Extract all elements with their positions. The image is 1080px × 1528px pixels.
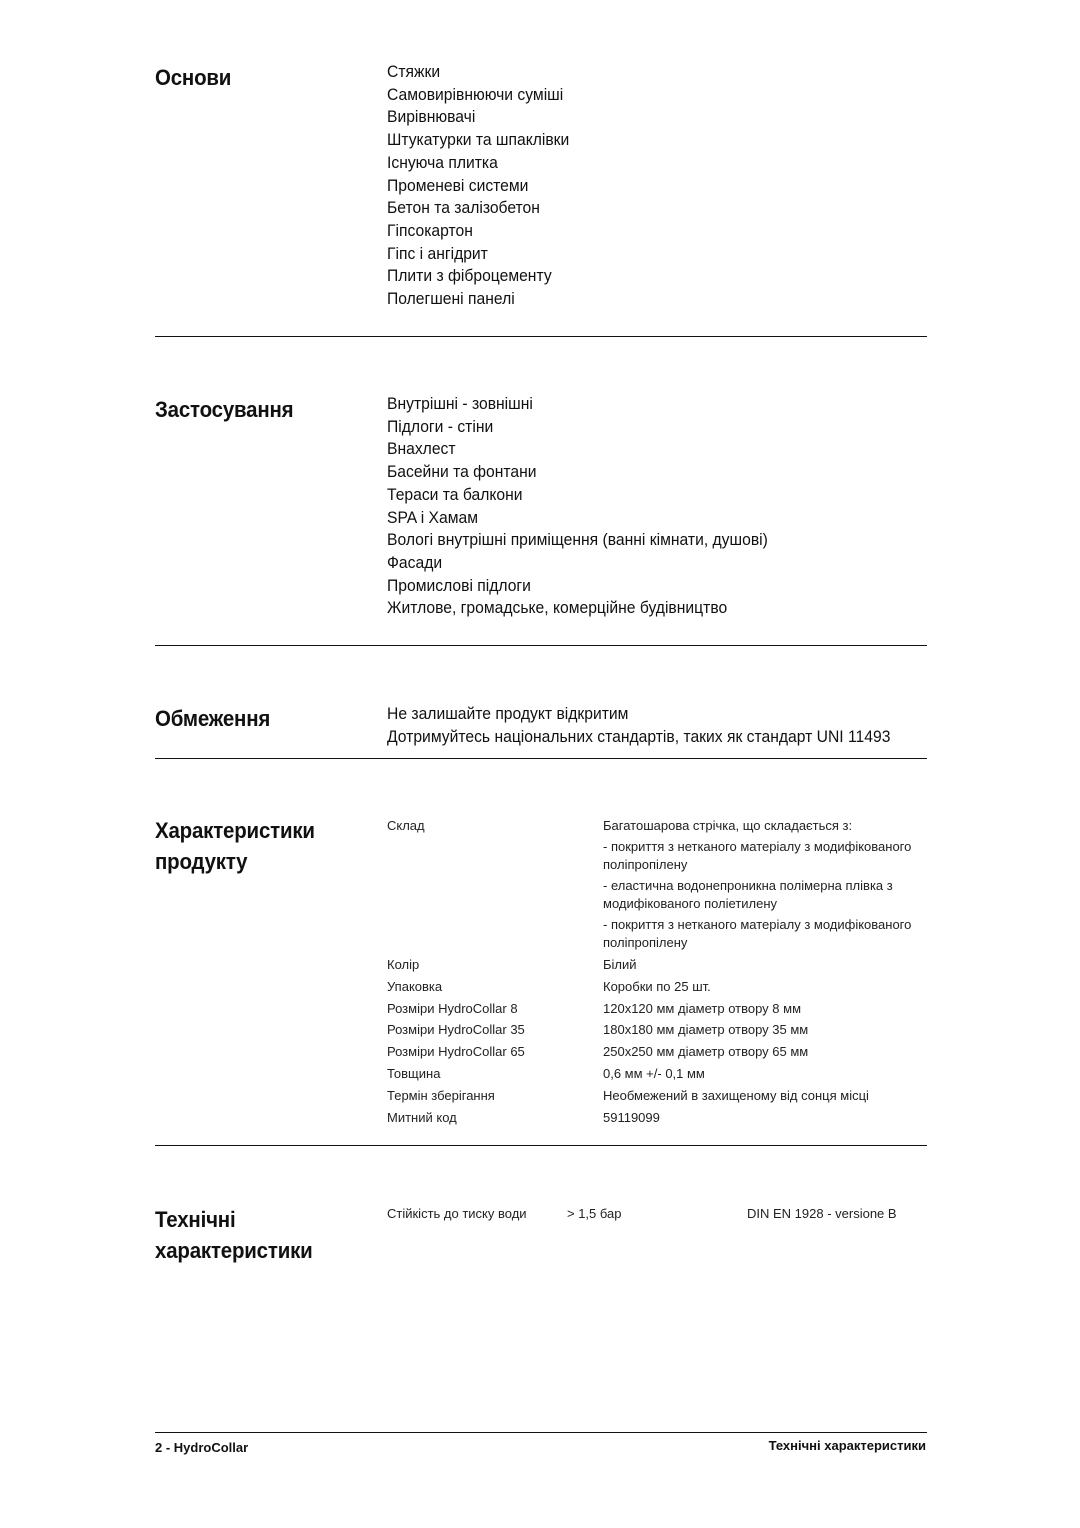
- list-item: Басейни та фонтани: [387, 461, 768, 484]
- limitations-list: Не залишайте продукт відкритим Дотримуйт…: [387, 703, 917, 748]
- section-divider: [155, 336, 927, 337]
- list-item: Гіпсокартон: [387, 220, 569, 243]
- spec-value: 0,6 мм +/- 0,1 мм: [603, 1063, 933, 1085]
- composition-layer: - еластична водонепроникна полімерна плі…: [603, 877, 933, 913]
- spec-value-composition: Багатошарова стрічка, що складається з: …: [603, 815, 933, 952]
- product-spec-table: Склад Багатошарова стрічка, що складаєть…: [387, 815, 933, 1128]
- tech-value: > 1,5 бар: [567, 1206, 622, 1221]
- list-item: Тераси та балкони: [387, 484, 768, 507]
- spec-value: 59119099: [603, 1107, 933, 1129]
- spec-row: Упаковка Коробки по 25 шт.: [387, 976, 933, 998]
- list-item: SPA і Хамам: [387, 507, 768, 530]
- section-heading-product-characteristics: Характеристики продукту: [155, 815, 315, 877]
- section-heading-applications: Застосування: [155, 394, 293, 425]
- spec-row: Колір Білий: [387, 954, 933, 976]
- applications-list: Внутрішні - зовнішні Підлоги - стіни Вна…: [387, 393, 788, 620]
- spec-row: Товщина 0,6 мм +/- 0,1 мм: [387, 1063, 933, 1085]
- list-item: Існуюча плитка: [387, 152, 569, 175]
- spec-value: Білий: [603, 954, 933, 976]
- spec-row: Розміри HydroCollar 65 250x250 мм діамет…: [387, 1041, 933, 1063]
- heading-line: продукту: [155, 846, 315, 877]
- tech-standard: DIN EN 1928 - versione B: [747, 1206, 897, 1221]
- spec-row-composition: Склад Багатошарова стрічка, що складаєть…: [387, 815, 933, 952]
- spec-label: Розміри HydroCollar 35: [387, 1019, 603, 1041]
- spec-row: Митний код 59119099: [387, 1107, 933, 1129]
- spec-row: Розміри HydroCollar 8 120x120 мм діаметр…: [387, 998, 933, 1020]
- spec-value: Необмежений в захищеному від сонця місці: [603, 1085, 933, 1107]
- list-item: Не залишайте продукт відкритим: [387, 703, 890, 726]
- list-item: Промислові підлоги: [387, 575, 768, 598]
- substrates-list: Стяжки Самовирівнюючи суміші Вирівнювачі…: [387, 61, 579, 311]
- heading-line: Технічні: [155, 1204, 313, 1235]
- spec-value: 120x120 мм діаметр отвору 8 мм: [603, 998, 933, 1020]
- composition-layer: - покриття з нетканого матеріалу з модиф…: [603, 838, 933, 874]
- composition-intro: Багатошарова стрічка, що складається з:: [603, 816, 933, 835]
- list-item: Внахлест: [387, 438, 768, 461]
- list-item: Житлове, громадське, комерційне будівниц…: [387, 597, 768, 620]
- list-item: Променеві системи: [387, 175, 569, 198]
- spec-label: Склад: [387, 815, 603, 952]
- spec-row: Розміри HydroCollar 35 180x180 мм діамет…: [387, 1019, 933, 1041]
- spec-label: Розміри HydroCollar 65: [387, 1041, 603, 1063]
- spec-value: Коробки по 25 шт.: [603, 976, 933, 998]
- list-item: Внутрішні - зовнішні: [387, 393, 768, 416]
- spec-value: 250x250 мм діаметр отвору 65 мм: [603, 1041, 933, 1063]
- footer-page-label: 2 - HydroCollar: [155, 1440, 248, 1455]
- section-heading-technical: Технічні характеристики: [155, 1204, 313, 1266]
- list-item: Гіпс і ангідрит: [387, 243, 569, 266]
- spec-row: Термін зберігання Необмежений в захищено…: [387, 1085, 933, 1107]
- footer-divider: [155, 1432, 927, 1433]
- heading-line: характеристики: [155, 1235, 313, 1266]
- section-divider: [155, 645, 927, 646]
- spec-label: Упаковка: [387, 976, 603, 998]
- spec-label: Розміри HydroCollar 8: [387, 998, 603, 1020]
- list-item: Дотримуйтесь національних стандартів, та…: [387, 726, 890, 749]
- list-item: Полегшені панелі: [387, 288, 569, 311]
- list-item: Штукатурки та шпаклівки: [387, 129, 569, 152]
- list-item: Підлоги - стіни: [387, 416, 768, 439]
- spec-label: Митний код: [387, 1107, 603, 1129]
- list-item: Вирівнювачі: [387, 106, 569, 129]
- section-heading-osnovy: Основи: [155, 62, 231, 93]
- list-item: Вологі внутрішні приміщення (ванні кімна…: [387, 529, 768, 552]
- heading-line: Характеристики: [155, 815, 315, 846]
- composition-layer: - покриття з нетканого матеріалу з модиф…: [603, 916, 933, 952]
- spec-value: 180x180 мм діаметр отвору 35 мм: [603, 1019, 933, 1041]
- spec-label: Колір: [387, 954, 603, 976]
- list-item: Фасади: [387, 552, 768, 575]
- list-item: Плити з фіброцементу: [387, 265, 569, 288]
- section-divider: [155, 758, 927, 759]
- spec-label: Товщина: [387, 1063, 603, 1085]
- section-divider: [155, 1145, 927, 1146]
- tech-label: Стійкість до тиску води: [387, 1206, 527, 1221]
- document-page: Основи Стяжки Самовирівнюючи суміші Вирі…: [0, 0, 1080, 1528]
- footer-section-label: Технічні характеристики: [769, 1438, 926, 1453]
- section-heading-limitations: Обмеження: [155, 703, 270, 734]
- spec-label: Термін зберігання: [387, 1085, 603, 1107]
- list-item: Стяжки: [387, 61, 569, 84]
- list-item: Бетон та залізобетон: [387, 197, 569, 220]
- list-item: Самовирівнюючи суміші: [387, 84, 569, 107]
